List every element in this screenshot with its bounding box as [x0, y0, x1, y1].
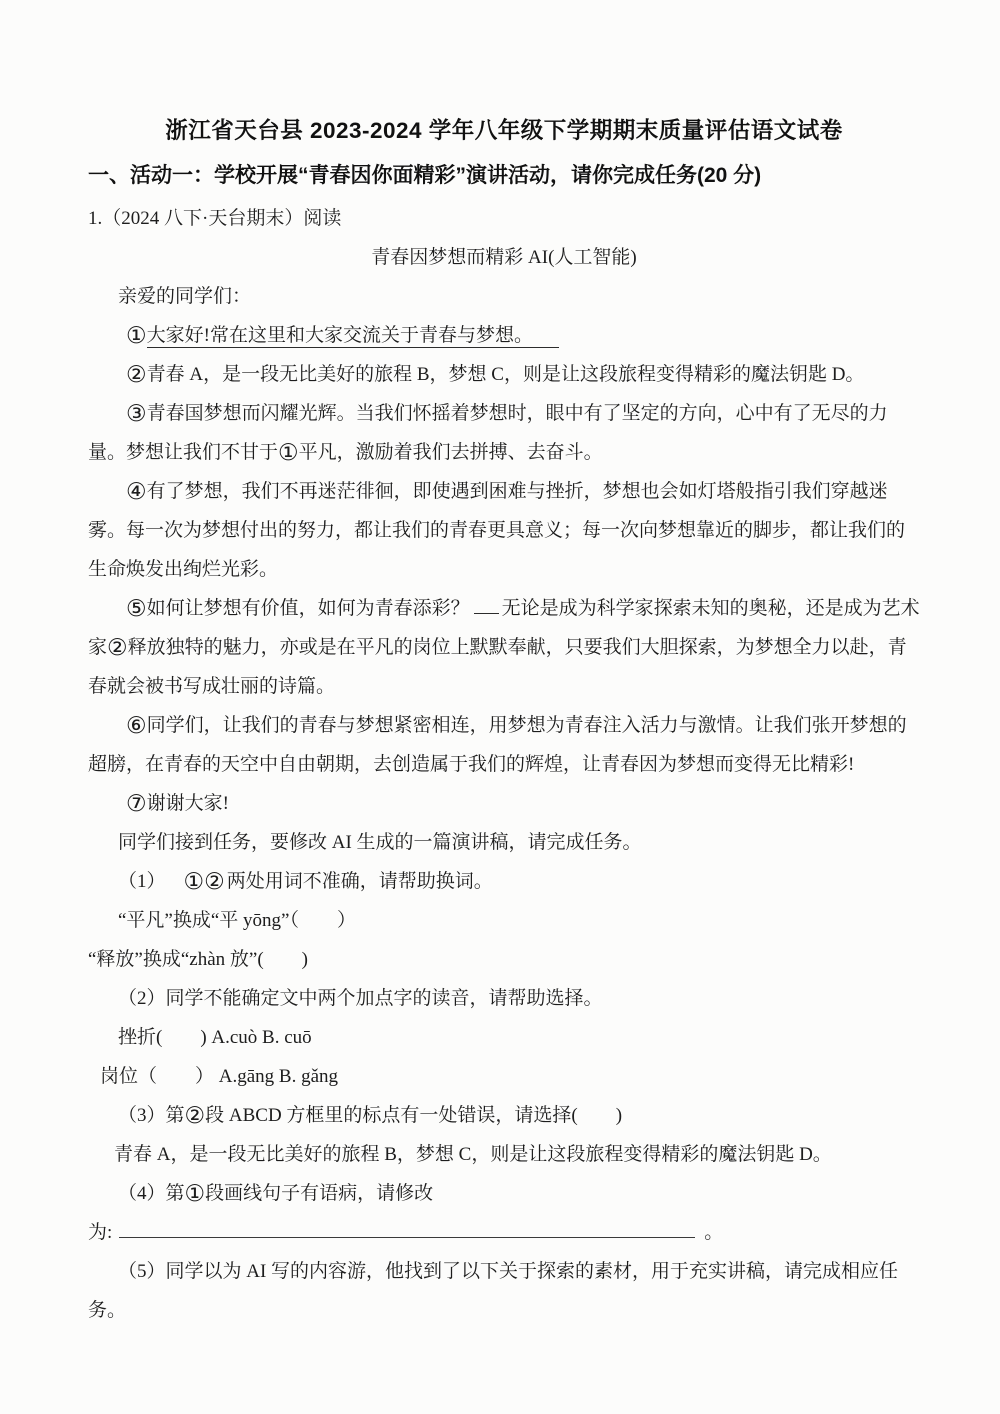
paragraph-7-marker: ⑦: [126, 791, 147, 817]
paragraph-6-text: 同学们，让我们的青春与梦想紧密相连，用梦想为青春注入活力与激情。让我们张开梦想的…: [88, 715, 907, 775]
task-4-answer-suffix: 。: [704, 1222, 723, 1243]
section-heading: 一、活动一：学校开展“青春因你面精彩”演讲活动，请你完成任务(20 分): [88, 160, 920, 192]
task-4-text-pre: （4）第: [118, 1183, 185, 1204]
paragraph-6-marker: ⑥: [126, 713, 147, 739]
task-1-text: 两处用词不准确，请帮助换词。: [227, 871, 493, 892]
essay-title: 青春因梦想而精彩 AI(人工智能): [88, 238, 920, 277]
exam-page: 浙江省天台县 2023-2024 学年八年级下学期期末质量评估语文试卷 一、活动…: [0, 0, 1000, 1414]
paragraph-7-text: 谢谢大家!: [147, 793, 229, 814]
paragraph-4-text: 有了梦想，我们不再迷茫徘徊，即使遇到困难与挫折，梦想也会如灯塔般指引我们穿越迷雾…: [88, 481, 905, 580]
paragraph-2-text: 青春 A，是一段无比美好的旅程 B，梦想 C，则是让这段旅程变得精彩的魔法钥匙 …: [147, 364, 865, 385]
essay-paragraph-3: ③青春国梦想而闪耀光辉。当我们怀摇着梦想时，眼中有了坚定的方向，心中有了无尽的力…: [88, 394, 920, 472]
task-4: （4）第①段画线句子有语病，请修改: [88, 1174, 920, 1213]
essay-paragraph-7: ⑦谢谢大家!: [88, 784, 920, 823]
task-1-label: （1）: [118, 871, 166, 892]
task-4-text-post: 段画线句子有语病，请修改: [205, 1183, 433, 1204]
essay: 青春因梦想而精彩 AI(人工智能) 亲爱的同学们： ①大家好!常在这里和大家交流…: [88, 238, 920, 823]
paragraph-4-marker: ④: [126, 479, 147, 505]
doc-title: 浙江省天台县 2023-2024 学年八年级下学期期末质量评估语文试卷: [88, 116, 920, 146]
task-1: （1）①②两处用词不准确，请帮助换词。: [88, 862, 920, 901]
essay-salutation: 亲爱的同学们：: [88, 277, 920, 316]
task-3-circled-marker: ②: [185, 1103, 206, 1129]
task-3-text-pre: （3）第: [118, 1105, 185, 1126]
paragraph-5-text-pre: 如何让梦想有价值，如何为青春添彩？: [147, 598, 470, 619]
task-5: （5）同学以为 AI 写的内容游，他找到了以下关于探索的素材，用于充实讲稿，请完…: [88, 1252, 920, 1330]
paragraph-5-marker: ⑤: [126, 596, 147, 622]
task-2: （2）同学不能确定文中两个加点字的读音，请帮助选择。: [88, 979, 920, 1018]
inline-circled-2-marker: ②: [107, 635, 128, 661]
task-4-answer-row: 为:。: [88, 1213, 920, 1252]
essay-paragraph-4: ④有了梦想，我们不再迷茫徘徊，即使遇到困难与挫折，梦想也会如灯塔般指引我们穿越迷…: [88, 472, 920, 589]
essay-paragraph-5: ⑤如何让梦想有价值，如何为青春添彩？无论是成为科学家探索未知的奥秘，还是成为艺术…: [88, 589, 920, 706]
paragraph-3-marker: ③: [126, 401, 147, 427]
underlined-sentence: 大家好!常在这里和大家交流关于青春与梦想。: [147, 325, 559, 348]
paragraph-3-text-post: 平凡，激励着我们去拼搏、去奋斗。: [299, 442, 603, 463]
inline-circled-1-marker: ①: [278, 440, 299, 466]
essay-paragraph-1: ①大家好!常在这里和大家交流关于青春与梦想。: [88, 316, 920, 355]
task-3-text-post: 段 ABCD 方框里的标点有一处错误，请选择( ): [205, 1105, 622, 1126]
paragraph-5-text-post: 释放独特的魅力，亦或是在平凡的岗位上默默奉献，只要我们大胆探索，为梦想全力以赴，…: [88, 637, 907, 697]
tasks: （1）①②两处用词不准确，请帮助换词。 “平凡”换成“平 yōng”（ ） “释…: [88, 862, 920, 1330]
essay-paragraph-2: ②青春 A，是一段无比美好的旅程 B，梦想 C，则是让这段旅程变得精彩的魔法钥匙…: [88, 355, 920, 394]
task-3: （3）第②段 ABCD 方框里的标点有一处错误，请选择( ): [88, 1096, 920, 1135]
paragraph-2-marker: ②: [126, 362, 147, 388]
task-4-circled-marker: ①: [185, 1181, 206, 1207]
task-4-answer-prefix: 为:: [88, 1222, 112, 1243]
answer-blank-line: [119, 1217, 695, 1238]
essay-paragraph-6: ⑥同学们，让我们的青春与梦想紧密相连，用梦想为青春注入活力与激情。让我们张开梦想…: [88, 706, 920, 784]
task-3-sub: 青春 A，是一段无比美好的旅程 B，梦想 C，则是让这段旅程变得精彩的魔法钥匙 …: [88, 1135, 920, 1174]
task-1-circled-markers: ①②: [184, 869, 225, 895]
task-2-sub-2: 岗位（ ） A.gāng B. gǎng: [88, 1057, 920, 1096]
paragraph-1-marker: ①: [126, 323, 147, 349]
task-intro: 同学们接到任务，要修改 AI 生成的一篇演讲稿，请完成任务。: [88, 823, 920, 862]
question-intro: 1.（2024 八下·天台期末）阅读: [88, 199, 920, 238]
task-1-sub-2: “释放”换成“zhàn 放”( ): [88, 940, 920, 979]
task-1-sub-1: “平凡”换成“平 yōng”（ ）: [88, 901, 920, 940]
inline-blank-line: [474, 593, 499, 614]
task-2-sub-1: 挫折( ) A.cuò B. cuō: [88, 1018, 920, 1057]
